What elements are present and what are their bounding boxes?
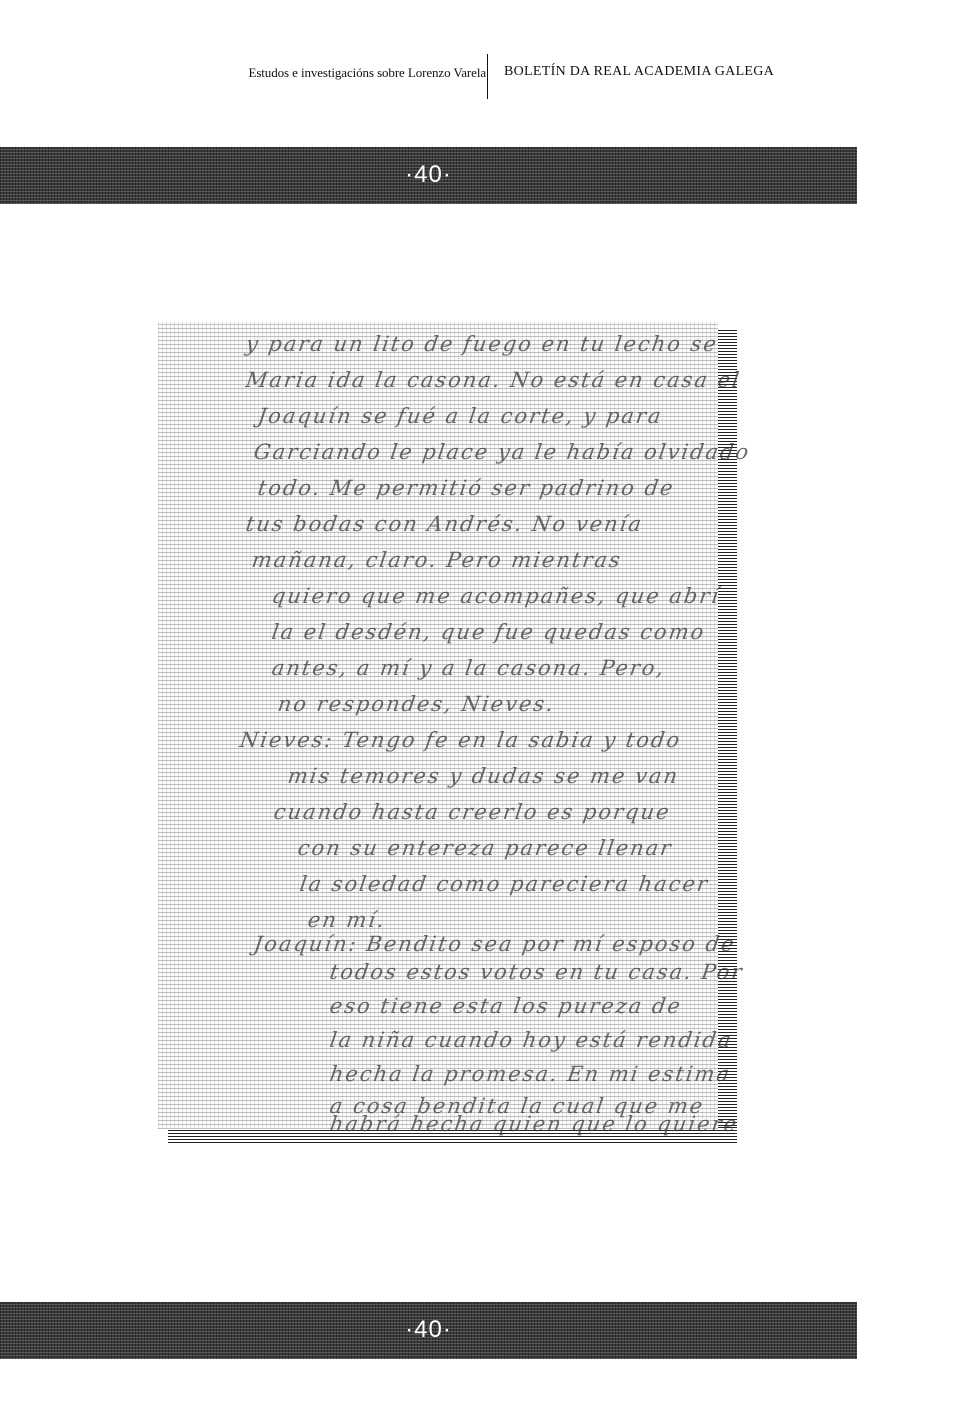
page-number-top: ·40· [0, 161, 857, 189]
manuscript-line: la el desdén, que fue quedas como [270, 620, 707, 644]
handwritten-text: y para un lito de fuego en tu lecho seMa… [158, 322, 718, 1129]
manuscript-line: la soledad como pareciera hacer [298, 872, 710, 896]
manuscript-line: con su entereza parece llenar [296, 836, 674, 860]
manuscript-line: cuando hasta creerlo es porque [272, 800, 672, 824]
manuscript-line: antes, a mí y a la casona. Pero, [270, 656, 667, 680]
manuscript-line: no respondes, Nieves. [276, 692, 556, 716]
top-page-band: ·40· [0, 147, 857, 204]
manuscript-line: Maria ida la casona. No está en casa el [244, 368, 742, 392]
manuscript-line: Nieves: Tengo fe en la sabia y todo [238, 728, 683, 752]
manuscript-line: mañana, claro. Pero mientras [250, 548, 623, 572]
page-number-bottom: ·40· [0, 1316, 857, 1344]
manuscript-line: tus bodas con Andrés. No venía [244, 512, 644, 536]
manuscript-scan: y para un lito de fuego en tu lecho seMa… [158, 322, 718, 1129]
manuscript-line: quiero que me acompañes, que abrí [270, 584, 722, 608]
section-title: Estudos e investigacións sobre Lorenzo V… [249, 65, 487, 81]
manuscript-line: en mí. [306, 908, 387, 932]
header-divider [487, 54, 488, 99]
manuscript-line: hecha la promesa. En mi estima [328, 1062, 732, 1086]
manuscript-line: mis temores y dudas se me van [286, 764, 681, 788]
manuscript-line: todos estos votos en tu casa. Por [328, 960, 745, 984]
manuscript-line: Joaquín se fué a la corte, y para [256, 404, 664, 428]
manuscript-line: todo. Me permitió ser padrino de [256, 476, 676, 500]
manuscript-line: Joaquín: Bendito sea por mí esposo de [252, 932, 737, 956]
manuscript-line: eso tiene esta los pureza de [328, 994, 683, 1018]
running-header: Estudos e investigacións sobre Lorenzo V… [0, 52, 975, 100]
bottom-page-band: ·40· [0, 1302, 857, 1359]
manuscript-line: habrá hecha quien que lo quiere [328, 1112, 740, 1136]
manuscript-line: y para un lito de fuego en tu lecho se [244, 332, 719, 356]
manuscript-line: Garciando le place ya le había olvidado [252, 440, 752, 464]
journal-title: BOLETÍN DA REAL ACADEMIA GALEGA [504, 64, 774, 80]
manuscript-line: la niña cuando hoy está rendida [328, 1028, 734, 1052]
